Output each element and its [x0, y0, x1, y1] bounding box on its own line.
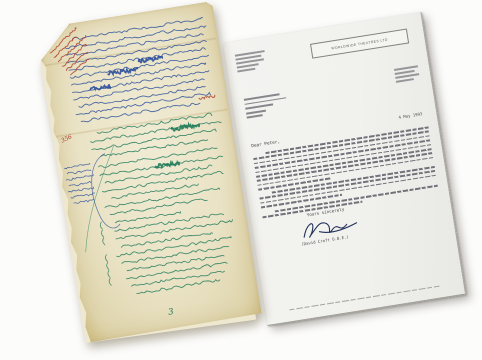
handwriting-line — [100, 222, 103, 229]
letter-footer-line — [289, 285, 439, 310]
handwriting-line — [105, 255, 108, 262]
handwriting-line — [66, 175, 94, 181]
signature-stroke — [302, 217, 357, 238]
handwriting-line — [101, 138, 208, 158]
handwriting-line — [106, 263, 109, 270]
handwriting-line — [121, 231, 212, 248]
manuscript-stack: 356 3 — [60, 13, 242, 335]
handwriting-line — [115, 212, 224, 232]
recipient-line — [245, 104, 273, 110]
handwriting-line — [138, 56, 162, 64]
letterhead-title: WORLDWIDE THEATRES LTD — [331, 37, 388, 50]
contact-line — [396, 78, 414, 82]
handwriting-line — [127, 254, 224, 272]
handwriting-line — [107, 270, 110, 277]
handwriting-line — [64, 163, 90, 169]
recipient-line — [246, 109, 266, 114]
handwriting-line — [171, 123, 199, 132]
handwriting-line — [126, 262, 227, 281]
handwriting-line — [199, 95, 215, 100]
salutation: Dear Peter, — [251, 140, 281, 149]
handwriting-line — [117, 236, 232, 257]
handwriting-line — [68, 187, 94, 193]
handwriting-line — [111, 183, 198, 200]
greeked-text-line — [253, 131, 429, 161]
margin-annotations-red — [49, 26, 99, 76]
recipient-address-block — [244, 91, 297, 122]
handwriting-line — [102, 171, 223, 193]
recipient-line — [247, 115, 263, 119]
handwriting-line — [109, 278, 112, 285]
photo-background: WORLDWIDE THEATRES LTD 4 May 1993 Dear P… — [0, 0, 482, 360]
handwritten-manuscript: 356 3 — [36, 1, 262, 343]
contact-info-block — [394, 65, 422, 85]
letter-date: 4 May 1993 — [398, 111, 423, 120]
handwriting-line — [102, 238, 105, 245]
handwriting-line — [97, 113, 212, 134]
handwriting-line — [122, 245, 229, 265]
letterhead-box: WORLDWIDE THEATRES LTD — [310, 29, 409, 59]
handwriting-line — [67, 32, 204, 57]
handwriting-line — [71, 193, 95, 199]
typed-letter: WORLDWIDE THEATRES LTD 4 May 1993 Dear P… — [223, 12, 466, 326]
handwriting-line — [131, 270, 224, 287]
handwriting-line — [81, 101, 200, 123]
handwriting-line — [74, 199, 94, 204]
manuscript-handwriting-svg — [36, 1, 262, 343]
contact-line — [395, 73, 419, 78]
handwriting-line — [70, 146, 129, 252]
handwriting-line — [137, 279, 220, 295]
handwriting-line — [155, 161, 179, 169]
handwriting-line — [69, 181, 91, 187]
handwriting-line — [67, 169, 91, 175]
handwriting-line — [101, 230, 104, 237]
